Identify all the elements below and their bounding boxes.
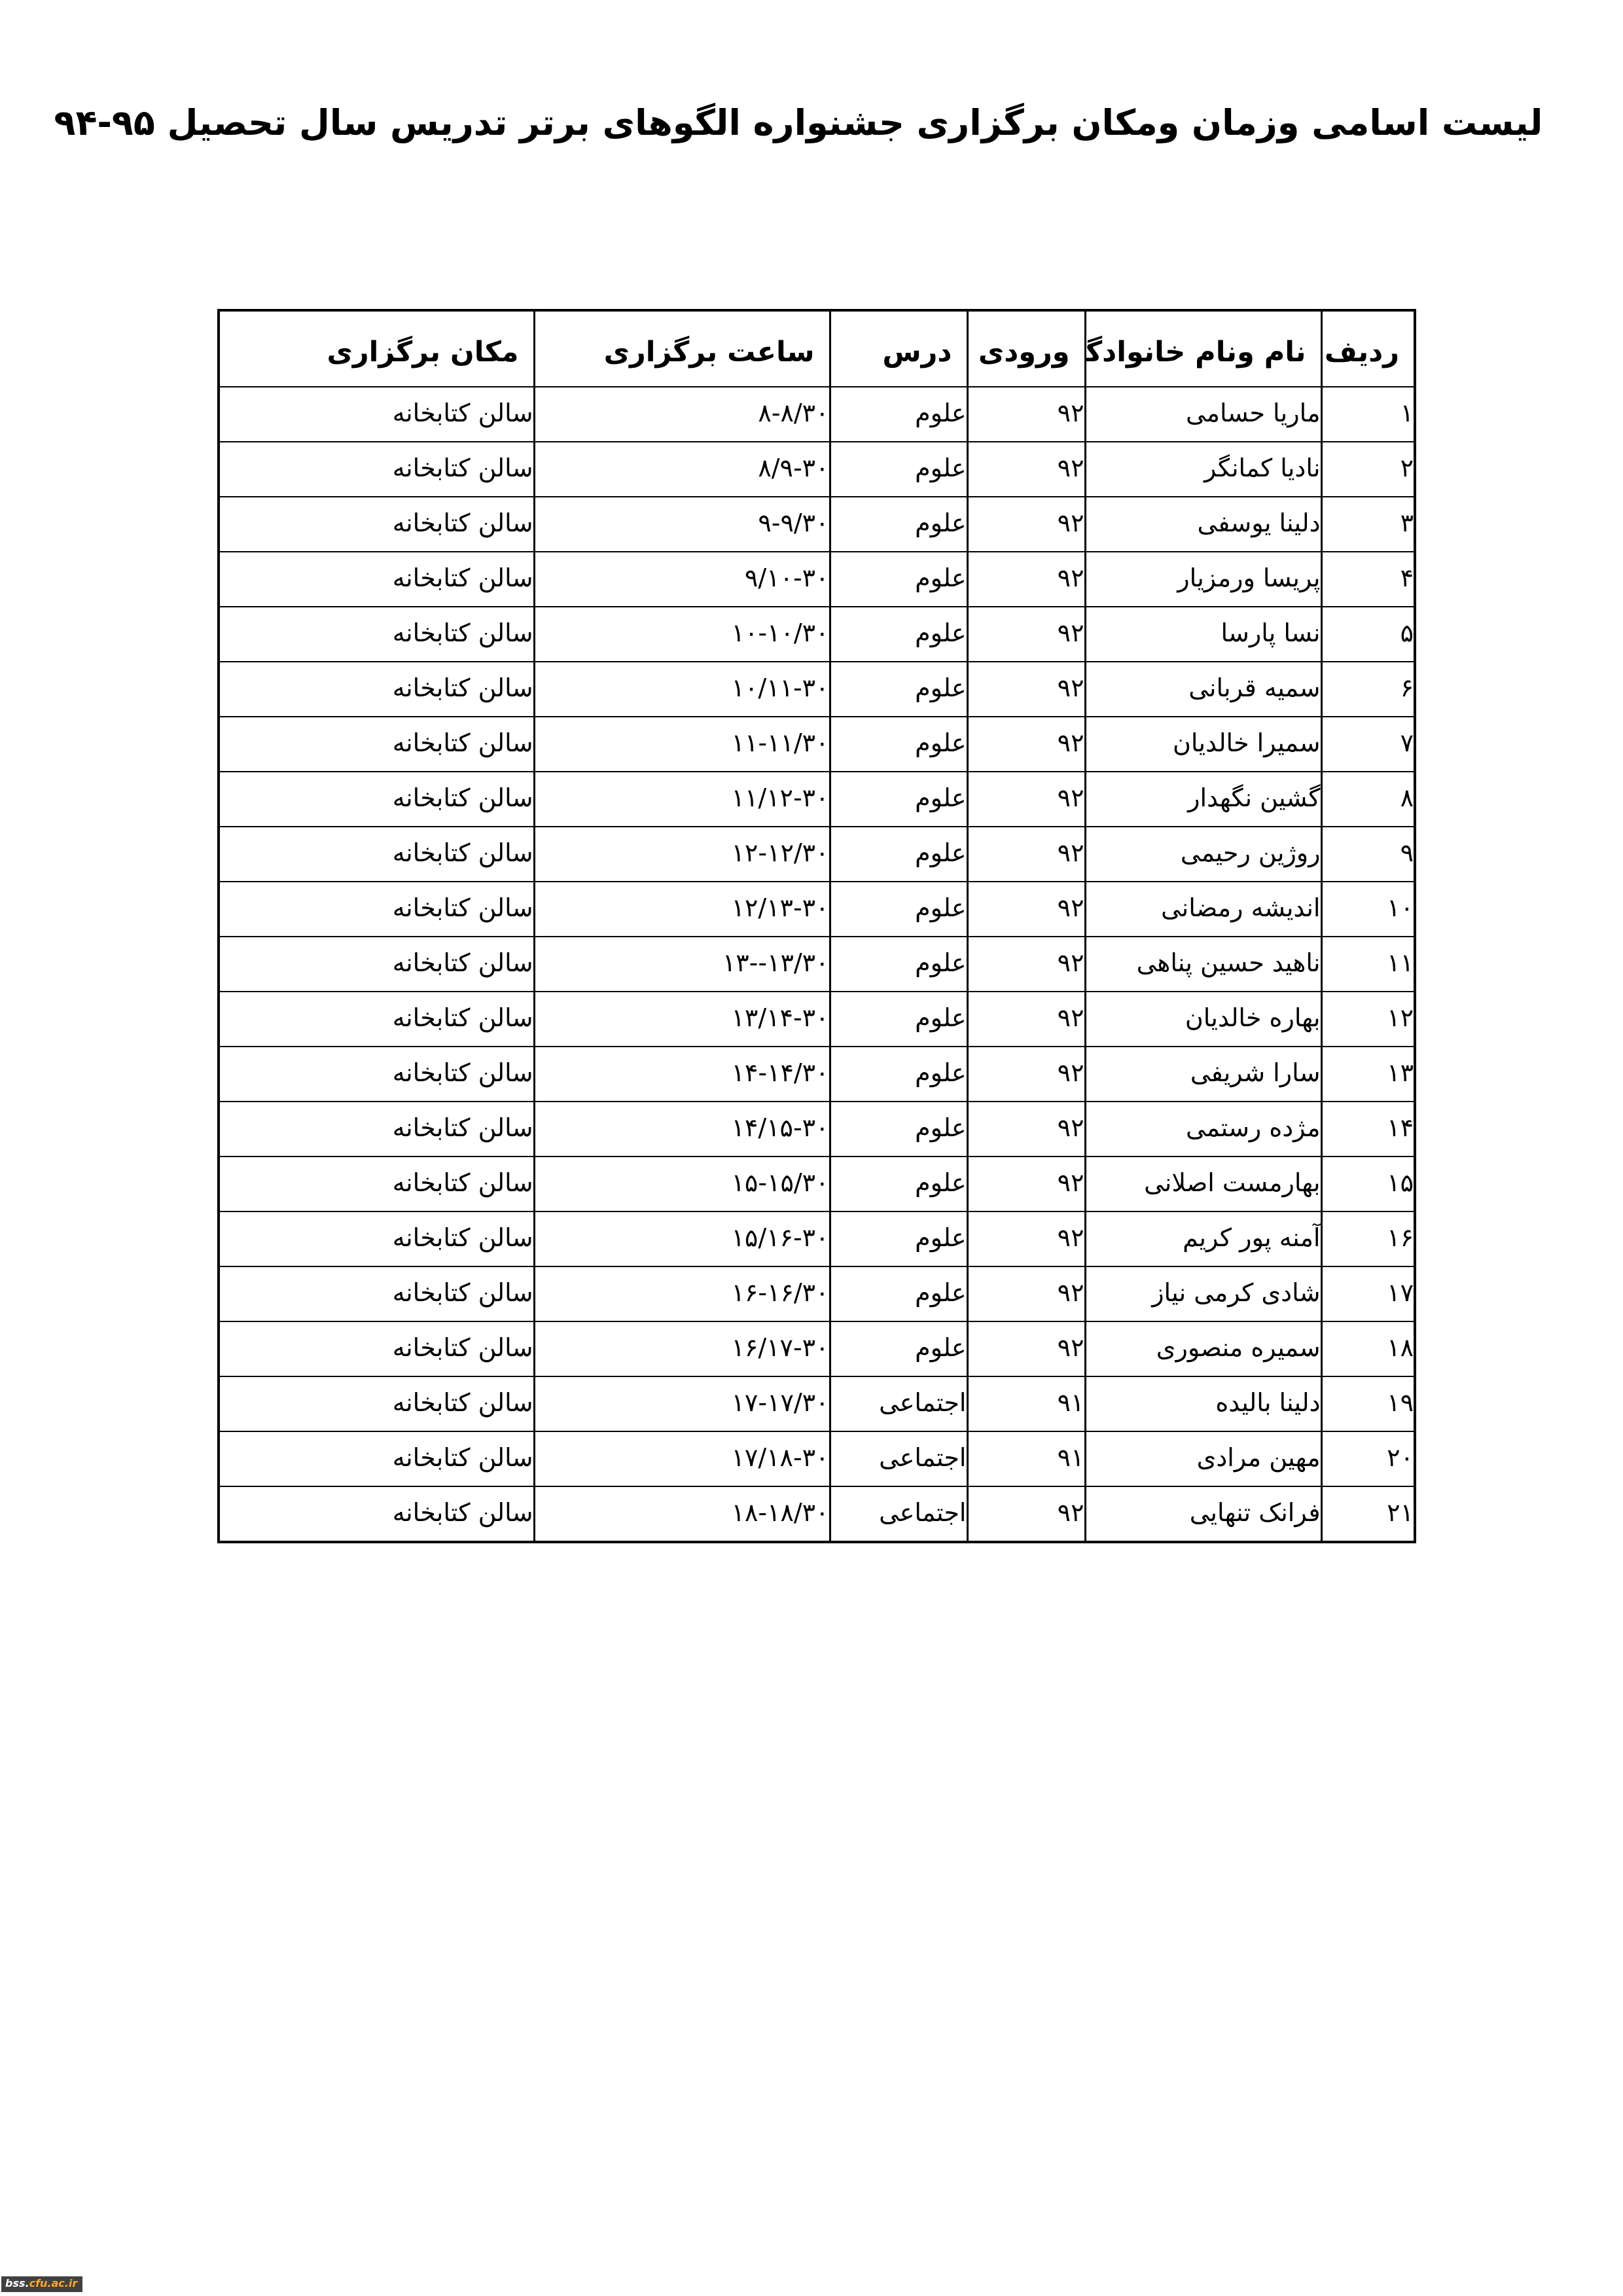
cell-subject: علوم	[830, 607, 967, 662]
cell-session-time: ۹/۱۰-۳۰	[534, 552, 830, 607]
cell-entry-year: ۹۲	[967, 1102, 1085, 1157]
table-row: ۱ ماریا حسامی ۹۲ علوم ۸-۸/۳۰ سالن کتابخا…	[219, 387, 1415, 442]
cell-row-number: ۵	[1321, 607, 1415, 662]
cell-full-name: نسا پارسا	[1085, 607, 1321, 662]
cell-subject: اجتماعی	[830, 1376, 967, 1431]
cell-session-place: سالن کتابخانه	[219, 1102, 534, 1157]
cell-session-time: ۱۵-۱۵/۳۰	[534, 1157, 830, 1211]
cell-subject: علوم	[830, 1211, 967, 1266]
cell-session-time: ۱۸-۱۸/۳۰	[534, 1486, 830, 1542]
cell-row-number: ۹	[1321, 827, 1415, 882]
cell-entry-year: ۹۲	[967, 1157, 1085, 1211]
cell-row-number: ۱۴	[1321, 1102, 1415, 1157]
cell-session-time: ۱۱/۱۲-۳۰	[534, 772, 830, 827]
cell-full-name: مژده رستمی	[1085, 1102, 1321, 1157]
cell-entry-year: ۹۲	[967, 1321, 1085, 1376]
cell-row-number: ۱۸	[1321, 1321, 1415, 1376]
cell-full-name: سمیه قربانی	[1085, 662, 1321, 717]
cell-full-name: سمیرا خالدیان	[1085, 717, 1321, 772]
cell-session-time: ۱۱-۱۱/۳۰	[534, 717, 830, 772]
header-row: ردیف نام ونام خانوادگی ورودی درس ساعت بر…	[219, 310, 1415, 387]
cell-entry-year: ۹۲	[967, 387, 1085, 442]
cell-subject: علوم	[830, 662, 967, 717]
table-row: ۴ پریسا ورمزیار ۹۲ علوم ۹/۱۰-۳۰ سالن کتا…	[219, 552, 1415, 607]
cell-session-time: ۱۲-۱۲/۳۰	[534, 827, 830, 882]
cell-row-number: ۲۱	[1321, 1486, 1415, 1542]
cell-entry-year: ۹۲	[967, 662, 1085, 717]
cell-entry-year: ۹۱	[967, 1376, 1085, 1431]
table-row: ۲ نادیا کمانگر ۹۲ علوم ۸/۹-۳۰ سالن کتابخ…	[219, 442, 1415, 497]
cell-subject: اجتماعی	[830, 1486, 967, 1542]
col-header-entry-year: ورودی	[967, 310, 1085, 387]
cell-entry-year: ۹۲	[967, 827, 1085, 882]
cell-full-name: اندیشه رمضانی	[1085, 882, 1321, 937]
cell-row-number: ۶	[1321, 662, 1415, 717]
cell-subject: علوم	[830, 552, 967, 607]
col-header-session-place: مکان برگزاری	[219, 310, 534, 387]
cell-session-time: ۱۵/۱۶-۳۰	[534, 1211, 830, 1266]
cell-session-place: سالن کتابخانه	[219, 1266, 534, 1321]
cell-session-place: سالن کتابخانه	[219, 1047, 534, 1102]
table-row: ۱۰ اندیشه رمضانی ۹۲ علوم ۱۲/۱۳-۳۰ سالن ک…	[219, 882, 1415, 937]
cell-full-name: ناهید حسین پناهی	[1085, 937, 1321, 992]
cell-session-place: سالن کتابخانه	[219, 1321, 534, 1376]
cell-session-time: ۱۶/۱۷-۳۰	[534, 1321, 830, 1376]
cell-session-place: سالن کتابخانه	[219, 662, 534, 717]
cell-full-name: بهارمست اصلانی	[1085, 1157, 1321, 1211]
cell-row-number: ۴	[1321, 552, 1415, 607]
cell-row-number: ۱۷	[1321, 1266, 1415, 1321]
cell-session-place: سالن کتابخانه	[219, 1211, 534, 1266]
cell-session-time: ۱۳--۱۳/۳۰	[534, 937, 830, 992]
schedule-table: ردیف نام ونام خانوادگی ورودی درس ساعت بر…	[217, 309, 1416, 1543]
cell-subject: علوم	[830, 1102, 967, 1157]
cell-subject: علوم	[830, 387, 967, 442]
table-row: ۲۱ فرانک تنهایی ۹۲ اجتماعی ۱۸-۱۸/۳۰ سالن…	[219, 1486, 1415, 1542]
cell-full-name: نادیا کمانگر	[1085, 442, 1321, 497]
table-body: ۱ ماریا حسامی ۹۲ علوم ۸-۸/۳۰ سالن کتابخا…	[219, 387, 1415, 1542]
cell-full-name: دلینا بالیده	[1085, 1376, 1321, 1431]
cell-session-place: سالن کتابخانه	[219, 607, 534, 662]
cell-session-time: ۱۰-۱۰/۳۰	[534, 607, 830, 662]
cell-full-name: مهین مرادی	[1085, 1431, 1321, 1486]
cell-row-number: ۱۵	[1321, 1157, 1415, 1211]
cell-session-time: ۱۷/۱۸-۳۰	[534, 1431, 830, 1486]
col-header-session-time: ساعت برگزاری	[534, 310, 830, 387]
cell-session-place: سالن کتابخانه	[219, 717, 534, 772]
cell-entry-year: ۹۲	[967, 442, 1085, 497]
table-header: ردیف نام ونام خانوادگی ورودی درس ساعت بر…	[219, 310, 1415, 387]
cell-row-number: ۲۰	[1321, 1431, 1415, 1486]
cell-full-name: سمیره منصوری	[1085, 1321, 1321, 1376]
cell-session-time: ۱۰/۱۱-۳۰	[534, 662, 830, 717]
watermark-badge: bss.cfu.ac.ir	[1, 2276, 82, 2292]
cell-subject: اجتماعی	[830, 1431, 967, 1486]
table-row: ۱۹ دلینا بالیده ۹۱ اجتماعی ۱۷-۱۷/۳۰ سالن…	[219, 1376, 1415, 1431]
cell-session-time: ۱۴/۱۵-۳۰	[534, 1102, 830, 1157]
cell-subject: علوم	[830, 442, 967, 497]
cell-full-name: شادی کرمی نیاز	[1085, 1266, 1321, 1321]
cell-session-place: سالن کتابخانه	[219, 827, 534, 882]
cell-subject: علوم	[830, 937, 967, 992]
cell-row-number: ۱۳	[1321, 1047, 1415, 1102]
cell-entry-year: ۹۲	[967, 1486, 1085, 1542]
table-row: ۵ نسا پارسا ۹۲ علوم ۱۰-۱۰/۳۰ سالن کتابخا…	[219, 607, 1415, 662]
cell-session-place: سالن کتابخانه	[219, 1157, 534, 1211]
cell-subject: علوم	[830, 772, 967, 827]
cell-entry-year: ۹۲	[967, 1047, 1085, 1102]
cell-session-time: ۱۲/۱۳-۳۰	[534, 882, 830, 937]
table-row: ۸ گشین نگهدار ۹۲ علوم ۱۱/۱۲-۳۰ سالن کتاب…	[219, 772, 1415, 827]
cell-entry-year: ۹۲	[967, 497, 1085, 552]
cell-row-number: ۲	[1321, 442, 1415, 497]
table-row: ۶ سمیه قربانی ۹۲ علوم ۱۰/۱۱-۳۰ سالن کتاب…	[219, 662, 1415, 717]
cell-row-number: ۱۶	[1321, 1211, 1415, 1266]
cell-session-place: سالن کتابخانه	[219, 387, 534, 442]
cell-entry-year: ۹۲	[967, 772, 1085, 827]
cell-entry-year: ۹۲	[967, 937, 1085, 992]
cell-entry-year: ۹۲	[967, 717, 1085, 772]
cell-session-time: ۹-۹/۳۰	[534, 497, 830, 552]
page-title: لیست اسامی وزمان ومکان برگزاری جشنواره ا…	[0, 102, 1597, 143]
table-row: ۹ روژین رحیمی ۹۲ علوم ۱۲-۱۲/۳۰ سالن کتاب…	[219, 827, 1415, 882]
table-row: ۱۲ بهاره خالدیان ۹۲ علوم ۱۳/۱۴-۳۰ سالن ک…	[219, 992, 1415, 1047]
cell-entry-year: ۹۲	[967, 1211, 1085, 1266]
cell-full-name: گشین نگهدار	[1085, 772, 1321, 827]
cell-session-time: ۱۶-۱۶/۳۰	[534, 1266, 830, 1321]
cell-row-number: ۱۱	[1321, 937, 1415, 992]
cell-row-number: ۳	[1321, 497, 1415, 552]
table-row: ۲۰ مهین مرادی ۹۱ اجتماعی ۱۷/۱۸-۳۰ سالن ک…	[219, 1431, 1415, 1486]
document-page: لیست اسامی وزمان ومکان برگزاری جشنواره ا…	[0, 0, 1623, 2296]
table-row: ۱۴ مژده رستمی ۹۲ علوم ۱۴/۱۵-۳۰ سالن کتاب…	[219, 1102, 1415, 1157]
cell-session-place: سالن کتابخانه	[219, 1376, 534, 1431]
cell-row-number: ۱	[1321, 387, 1415, 442]
table-row: ۷ سمیرا خالدیان ۹۲ علوم ۱۱-۱۱/۳۰ سالن کت…	[219, 717, 1415, 772]
cell-full-name: ماریا حسامی	[1085, 387, 1321, 442]
cell-row-number: ۱۲	[1321, 992, 1415, 1047]
table-row: ۱۷ شادی کرمی نیاز ۹۲ علوم ۱۶-۱۶/۳۰ سالن …	[219, 1266, 1415, 1321]
cell-entry-year: ۹۲	[967, 552, 1085, 607]
cell-session-time: ۱۷-۱۷/۳۰	[534, 1376, 830, 1431]
cell-subject: علوم	[830, 1157, 967, 1211]
cell-subject: علوم	[830, 717, 967, 772]
cell-session-place: سالن کتابخانه	[219, 552, 534, 607]
cell-entry-year: ۹۱	[967, 1431, 1085, 1486]
cell-session-place: سالن کتابخانه	[219, 992, 534, 1047]
cell-row-number: ۷	[1321, 717, 1415, 772]
cell-subject: علوم	[830, 1321, 967, 1376]
table-row: ۱۳ سارا شریفی ۹۲ علوم ۱۴-۱۴/۳۰ سالن کتاب…	[219, 1047, 1415, 1102]
table-row: ۱۶ آمنه پور کریم ۹۲ علوم ۱۵/۱۶-۳۰ سالن ک…	[219, 1211, 1415, 1266]
cell-session-time: ۱۳/۱۴-۳۰	[534, 992, 830, 1047]
col-header-full-name: نام ونام خانوادگی	[1085, 310, 1321, 387]
cell-full-name: سارا شریفی	[1085, 1047, 1321, 1102]
cell-entry-year: ۹۲	[967, 882, 1085, 937]
col-header-row-number: ردیف	[1321, 310, 1415, 387]
table-row: ۱۵ بهارمست اصلانی ۹۲ علوم ۱۵-۱۵/۳۰ سالن …	[219, 1157, 1415, 1211]
cell-entry-year: ۹۲	[967, 992, 1085, 1047]
cell-subject: علوم	[830, 992, 967, 1047]
cell-subject: علوم	[830, 1047, 967, 1102]
cell-session-place: سالن کتابخانه	[219, 442, 534, 497]
col-header-subject: درس	[830, 310, 967, 387]
cell-full-name: فرانک تنهایی	[1085, 1486, 1321, 1542]
cell-session-time: ۱۴-۱۴/۳۰	[534, 1047, 830, 1102]
cell-session-place: سالن کتابخانه	[219, 1431, 534, 1486]
cell-row-number: ۱۰	[1321, 882, 1415, 937]
cell-subject: علوم	[830, 827, 967, 882]
cell-session-time: ۸/۹-۳۰	[534, 442, 830, 497]
cell-subject: علوم	[830, 1266, 967, 1321]
cell-session-place: سالن کتابخانه	[219, 1486, 534, 1542]
cell-session-place: سالن کتابخانه	[219, 937, 534, 992]
cell-full-name: پریسا ورمزیار	[1085, 552, 1321, 607]
table-row: ۱۸ سمیره منصوری ۹۲ علوم ۱۶/۱۷-۳۰ سالن کت…	[219, 1321, 1415, 1376]
cell-entry-year: ۹۲	[967, 607, 1085, 662]
cell-row-number: ۱۹	[1321, 1376, 1415, 1431]
table-row: ۳ دلینا یوسفی ۹۲ علوم ۹-۹/۳۰ سالن کتابخا…	[219, 497, 1415, 552]
cell-row-number: ۸	[1321, 772, 1415, 827]
cell-session-place: سالن کتابخانه	[219, 772, 534, 827]
cell-entry-year: ۹۲	[967, 1266, 1085, 1321]
cell-subject: علوم	[830, 882, 967, 937]
table-row: ۱۱ ناهید حسین پناهی ۹۲ علوم ۱۳--۱۳/۳۰ سا…	[219, 937, 1415, 992]
cell-full-name: روژین رحیمی	[1085, 827, 1321, 882]
watermark-domain: cfu.ac.ir	[29, 2277, 78, 2289]
cell-full-name: بهاره خالدیان	[1085, 992, 1321, 1047]
cell-full-name: آمنه پور کریم	[1085, 1211, 1321, 1266]
cell-session-place: سالن کتابخانه	[219, 882, 534, 937]
cell-subject: علوم	[830, 497, 967, 552]
cell-session-time: ۸-۸/۳۰	[534, 387, 830, 442]
watermark-prefix: bss.	[5, 2277, 29, 2289]
cell-session-place: سالن کتابخانه	[219, 497, 534, 552]
cell-full-name: دلینا یوسفی	[1085, 497, 1321, 552]
